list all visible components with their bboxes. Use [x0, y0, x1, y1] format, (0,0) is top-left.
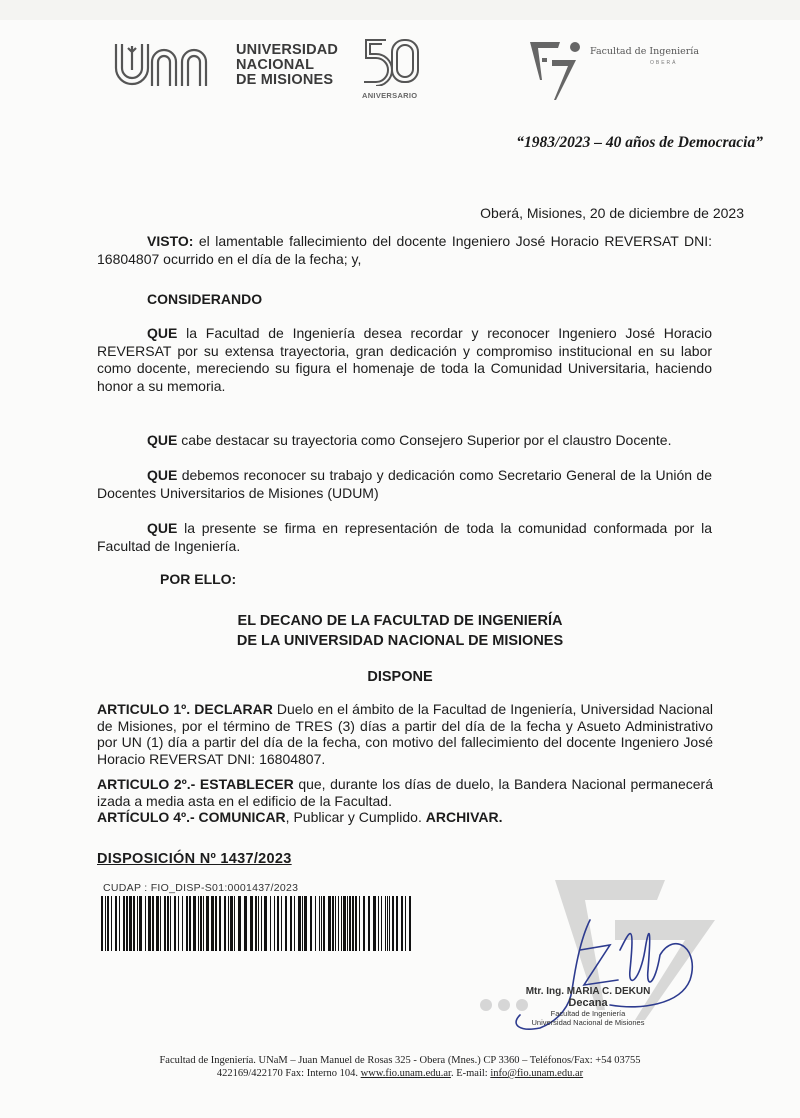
footer-email-label: . E-mail: — [451, 1068, 490, 1079]
university-name-line: DE MISIONES — [236, 73, 338, 88]
faculty-logo-icon — [530, 40, 585, 102]
considerando-heading: CONSIDERANDO — [147, 291, 262, 307]
university-name-line: UNIVERSIDAD — [236, 43, 338, 58]
signer-university: Universidad Nacional de Misiones — [508, 1018, 668, 1027]
article-label: ARTICULO 2º.- ESTABLECER — [97, 776, 294, 792]
footer-address: Facultad de Ingeniería. UNaM – Juan Manu… — [0, 1054, 800, 1067]
authority-line: DE LA UNIVERSIDAD NACIONAL DE MISIONES — [0, 631, 800, 651]
faculty-logo-subtext: OBERÁ — [650, 60, 678, 66]
que-label: QUE — [147, 325, 177, 341]
website-link[interactable]: www.fio.unam.edu.ar — [361, 1068, 451, 1079]
signer-name: Mtr. Ing. MARIA C. DEKUN — [508, 986, 668, 997]
email-link[interactable]: info@fio.unam.edu.ar — [490, 1068, 583, 1079]
anniversary-50-logo-icon — [360, 36, 422, 86]
considerando-paragraph: QUE la presente se firma en representaci… — [97, 520, 712, 555]
signer-faculty: Facultad de Ingeniería — [508, 1009, 668, 1018]
authority-line: EL DECANO DE LA FACULTAD DE INGENIERÍA — [0, 611, 800, 631]
disposicion-number: DISPOSICIÓN Nº 1437/2023 — [97, 851, 292, 867]
visto-paragraph: VISTO: el lamentable fallecimiento del d… — [97, 233, 712, 268]
visto-label: VISTO: — [147, 233, 193, 249]
article-text: , Publicar y Cumplido. — [286, 809, 426, 825]
por-ello-heading: POR ELLO: — [160, 571, 236, 587]
footer-phone: 422169/422170 Fax: Interno 104. — [217, 1068, 361, 1079]
considerando-text: la presente se firma en representación d… — [97, 520, 712, 554]
anniversary-label: ANIVERSARIO — [362, 91, 417, 100]
university-name: UNIVERSIDAD NACIONAL DE MISIONES — [236, 43, 338, 88]
article-tail: ARCHIVAR. — [426, 809, 503, 825]
considerando-paragraph: QUE debemos reconocer su trabajo y dedic… — [97, 467, 712, 502]
considerando-text: debemos reconocer su trabajo y dedicació… — [97, 467, 712, 501]
article-label: ARTICULO 1º. DECLARAR — [97, 701, 273, 717]
signature-block: Mtr. Ing. MARIA C. DEKUN Decana Facultad… — [508, 986, 668, 1027]
barcode-icon — [101, 896, 414, 951]
authority-heading: EL DECANO DE LA FACULTAD DE INGENIERÍA D… — [0, 611, 800, 651]
cudap-code: CUDAP : FIO_DISP-S01:0001437/2023 — [103, 882, 298, 894]
article-2: ARTICULO 2º.- ESTABLECER que, durante lo… — [97, 776, 713, 809]
article-4: ARTÍCULO 4º.- COMUNICAR, Publicar y Cump… — [97, 809, 713, 826]
university-name-line: NACIONAL — [236, 58, 338, 73]
considerando-text: la Facultad de Ingeniería desea recordar… — [97, 325, 712, 394]
dispone-heading: DISPONE — [0, 667, 800, 687]
signer-role: Decana — [508, 997, 668, 1009]
footer-contact: 422169/422170 Fax: Interno 104. www.fio.… — [0, 1067, 800, 1080]
date-line: Oberá, Misiones, 20 de diciembre de 2023 — [480, 205, 744, 221]
considerando-text: cabe destacar su trayectoria como Consej… — [177, 432, 671, 448]
article-1: ARTICULO 1º. DECLARAR Duelo en el ámbito… — [97, 701, 713, 767]
motto: “1983/2023 – 40 años de Democracia” — [516, 134, 763, 152]
article-label: ARTÍCULO 4º.- COMUNICAR — [97, 809, 286, 825]
que-label: QUE — [147, 520, 177, 536]
considerando-paragraph: QUE la Facultad de Ingeniería desea reco… — [97, 325, 712, 395]
unam-logo-icon — [112, 40, 222, 88]
considerando-paragraph: QUE cabe destacar su trayectoria como Co… — [97, 432, 712, 450]
faculty-logo-text: Facultad de Ingeniería — [590, 46, 699, 57]
que-label: QUE — [147, 467, 177, 483]
que-label: QUE — [147, 432, 177, 448]
footer: Facultad de Ingeniería. UNaM – Juan Manu… — [0, 1054, 800, 1080]
